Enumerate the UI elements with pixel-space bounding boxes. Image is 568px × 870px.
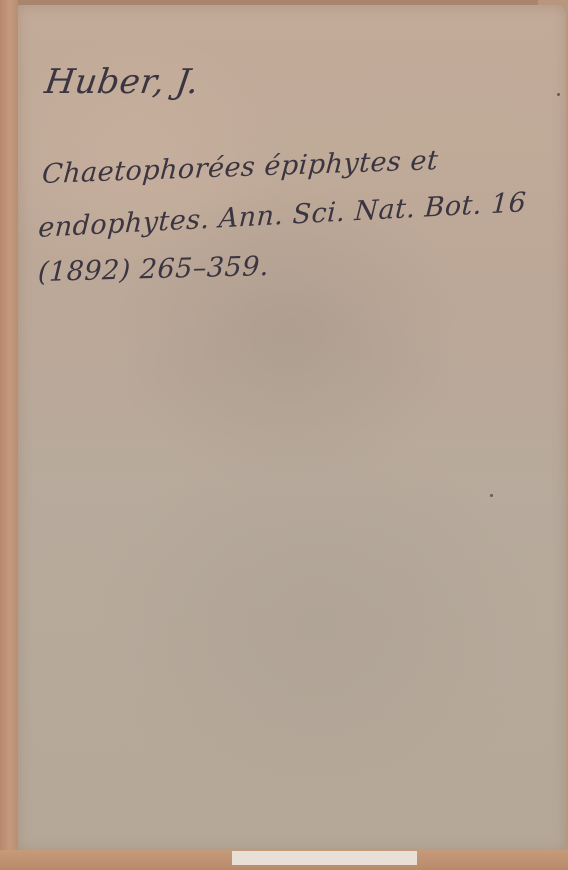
document-sheet [18, 5, 566, 851]
paper-speck [557, 93, 560, 96]
label-strip [232, 851, 417, 865]
author-name: Huber, J. [42, 62, 201, 102]
paper-speck [490, 494, 493, 497]
citation-pages-line: (1892) 265–359. [37, 251, 269, 288]
